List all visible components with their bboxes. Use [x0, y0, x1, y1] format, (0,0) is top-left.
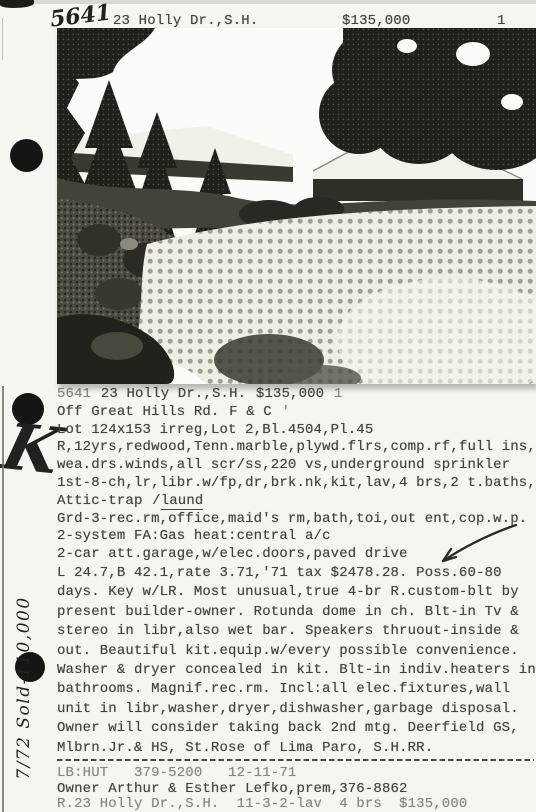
listing-address: 23 Holly Dr.,S.H.	[101, 386, 246, 402]
header-page-number: 1	[497, 13, 506, 29]
remarks-line: Mlbrn.Jr.& HS, St.Rose of Lima Paro, S.H…	[57, 739, 535, 758]
listing-location: Off Great Hills Rd.	[57, 404, 219, 420]
remarks-line: L 24.7,B 42.1,rate 3.71,'71 tax $2478.28…	[57, 564, 535, 583]
header-price: $135,000	[342, 13, 410, 29]
remarks-line: bathrooms. Magnif.rec.rm. Incl:all elec.…	[57, 680, 535, 699]
remarks-paragraph: L 24.7,B 42.1,rate 3.71,'71 tax $2478.28…	[57, 564, 535, 758]
footer-broker-line: LB:HUT 379-5200 12-11-71	[57, 765, 296, 781]
left-margin-rule	[2, 386, 4, 812]
listing-terms: F & C	[229, 404, 272, 420]
listing-location-row: Off Great Hills Rd. F & C '	[57, 402, 535, 420]
header-address: 23 Holly Dr.,S.H.	[113, 13, 258, 29]
handwritten-arrow-icon	[428, 520, 520, 570]
dashed-divider	[57, 759, 534, 761]
handwritten-margin-sold-note: 7/72 Sold-110,000	[14, 563, 36, 812]
listing-attic-row: Attic-trap /laund	[57, 491, 535, 509]
remarks-line: out. Beautiful kit.equip.w/every possibl…	[57, 642, 535, 661]
listing-features-line: wea.drs.winds,all scr/ss,220 vs,undergro…	[57, 457, 510, 473]
remarks-line: Owner will consider taking back 2nd mtg.…	[57, 719, 535, 738]
remarks-line: Washer & dryer concealed in kit. Blt-in …	[57, 661, 535, 680]
scan-corner-smudge	[0, 0, 34, 8]
listing-price: $135,000	[256, 386, 324, 402]
scan-left-mark	[2, 18, 3, 60]
listing-lot-line: Lot 124x153 irreg,Lot 2,Bl.4504,Pl.45	[57, 422, 373, 438]
property-photo	[57, 28, 536, 384]
hole-punch-dot-top	[10, 139, 43, 172]
remarks-line: present builder-owner. Rotunda dome in c…	[57, 603, 535, 622]
footer-owner-line: Owner Arthur & Esther Lefko,prem,376-886…	[57, 781, 408, 797]
listing-attic: Attic-trap	[57, 493, 143, 509]
remarks-line: stereo in libr,also wet bar. Speakers th…	[57, 622, 535, 641]
listing-laundry: /laund	[152, 493, 203, 509]
listing-first-floor-line: 1st-8-ch,lr,libr.w/fp,dr,brk.nk,kit,lav,…	[57, 475, 536, 491]
footer-summary-line: R.23 Holly Dr.,S.H. 11-3-2-lav 4 brs $13…	[57, 796, 467, 812]
listing-tick-mark: '	[281, 404, 290, 420]
listing-number: 5641	[57, 386, 91, 402]
listing-heating-line: 2-system FA:Gas heat:central a/c	[57, 528, 331, 544]
remarks-line: days. Key w/LR. Most unusual,true 4-br R…	[57, 583, 535, 602]
listing-garage-line: 2-car att.garage,w/elec.doors,paved driv…	[57, 546, 408, 562]
listing-page-number: 1	[334, 386, 343, 402]
listing-construction-line: R,12yrs,redwood,Tenn.marble,plywd.flrs,c…	[57, 439, 536, 455]
remarks-line: unit in libr,washer,dryer,dishwasher,gar…	[57, 700, 535, 719]
listing-title-row: 5641 23 Holly Dr.,S.H. $135,000 1	[57, 384, 535, 402]
property-photo-graphic	[57, 28, 536, 384]
scanned-listing-card: 5641 23 Holly Dr.,S.H. $135,000 1	[0, 0, 536, 812]
